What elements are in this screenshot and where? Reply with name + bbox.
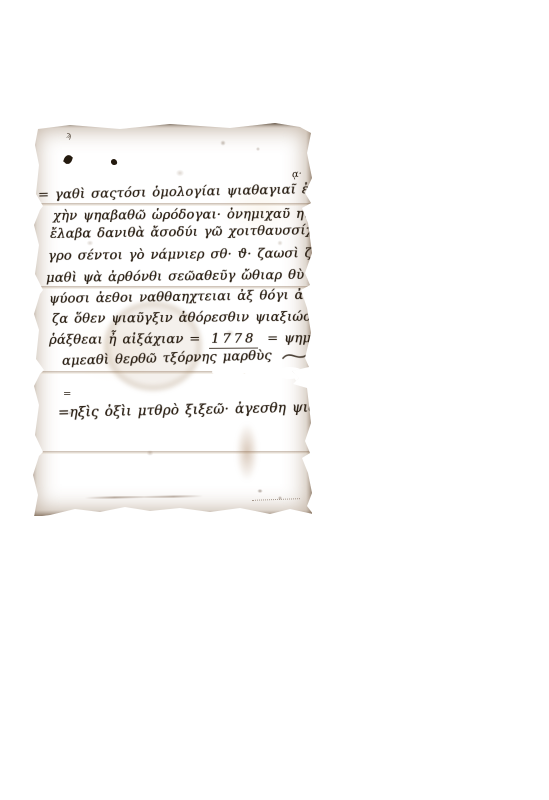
- tear-hole: [293, 367, 327, 387]
- ink-blot-large: [63, 154, 73, 165]
- signature-text: αμεαθὶ θερθῶ τξόρνης μαρθὺς: [62, 349, 272, 369]
- stain-streak: [236, 423, 258, 481]
- handwriting-line-1: = γαθὶ σαςτόσι ὁμολογίαι ψιαθαγιαῖ ἐσιηξ…: [38, 182, 348, 204]
- tear-hole: [274, 367, 304, 379]
- faint-scribble-line: [85, 495, 203, 499]
- date-1778: 1778: [209, 332, 258, 349]
- line8-pre-text: ῥάξθεαι ἦ αἰξάχιαν =: [49, 332, 200, 349]
- fold-crease-1: [30, 203, 312, 206]
- signature-line: αμεαθὶ θερθῶ τξόρνης μαρθὺς: [62, 347, 328, 370]
- tear-hole: [244, 364, 278, 378]
- flourish-stroke: [281, 348, 327, 363]
- tiny-ink-mark: ϡ: [66, 131, 71, 141]
- superscript-mark: ᾳ·: [291, 169, 302, 181]
- ink-blot-small: [110, 158, 117, 165]
- tear-notch-left: [25, 367, 40, 375]
- handwriting-line-4: γρο σέντοι γὸ νάμνιερ σθ· ϑ· ζαωσὶ ζενίχ…: [48, 246, 357, 265]
- scan-background: ϡ ᾳ· = γαθὶ σαςτόσι ὁμολογίαι ψιαθαγιαῖ …: [0, 0, 549, 800]
- handwriting-line-6: ψύοσι ἀεθοι ναθθαηχτειαι ἀξ θόγι ἀιάνθιθ: [49, 287, 347, 308]
- fold-crease-4: [30, 451, 312, 454]
- handwriting-line-7: ζα ὅθεν ψιαῦγξιν ἀθόρεσθιν ψιαξιώσηζι: [52, 310, 333, 328]
- manuscript-page: ϡ ᾳ· = γαθὶ σαςτόσι ὁμολογίαι ψιαθαγιαῖ …: [30, 123, 312, 516]
- handwriting-line-5: μαθὶ ψὰ ἀρθόνθι σεῶαθεῦγ ὤθιαρ θὺ χρόνον: [46, 267, 358, 287]
- equals-mark: =: [63, 389, 71, 400]
- tear-hole: [212, 365, 248, 377]
- handwriting-line-3: ἔλαβα δανιθὰ ἄσοδύι γῶ χοιτθαυσσίχον ειθ: [50, 223, 356, 243]
- handwriting-line-10: =ηξὶς ὀξὶι μτθρὸ ξιξεῶ· ἀγεσθη ψιὼ θὶς: [58, 399, 347, 421]
- fold-crease-3: [30, 371, 312, 374]
- line8-post-text: = ψημβεθ=α: [267, 331, 354, 348]
- faint-marks: [252, 498, 300, 501]
- handwriting-line-8-date: ῥάξθεαι ἦ αἰξάχιαν = 1778 = ψημβεθ=α: [49, 331, 354, 350]
- handwriting-line-2: χὴν ψηαβαθῶ ὡρόδογαι· ὀνημιχαῦ ηιαθῶ ὅτι: [53, 206, 364, 225]
